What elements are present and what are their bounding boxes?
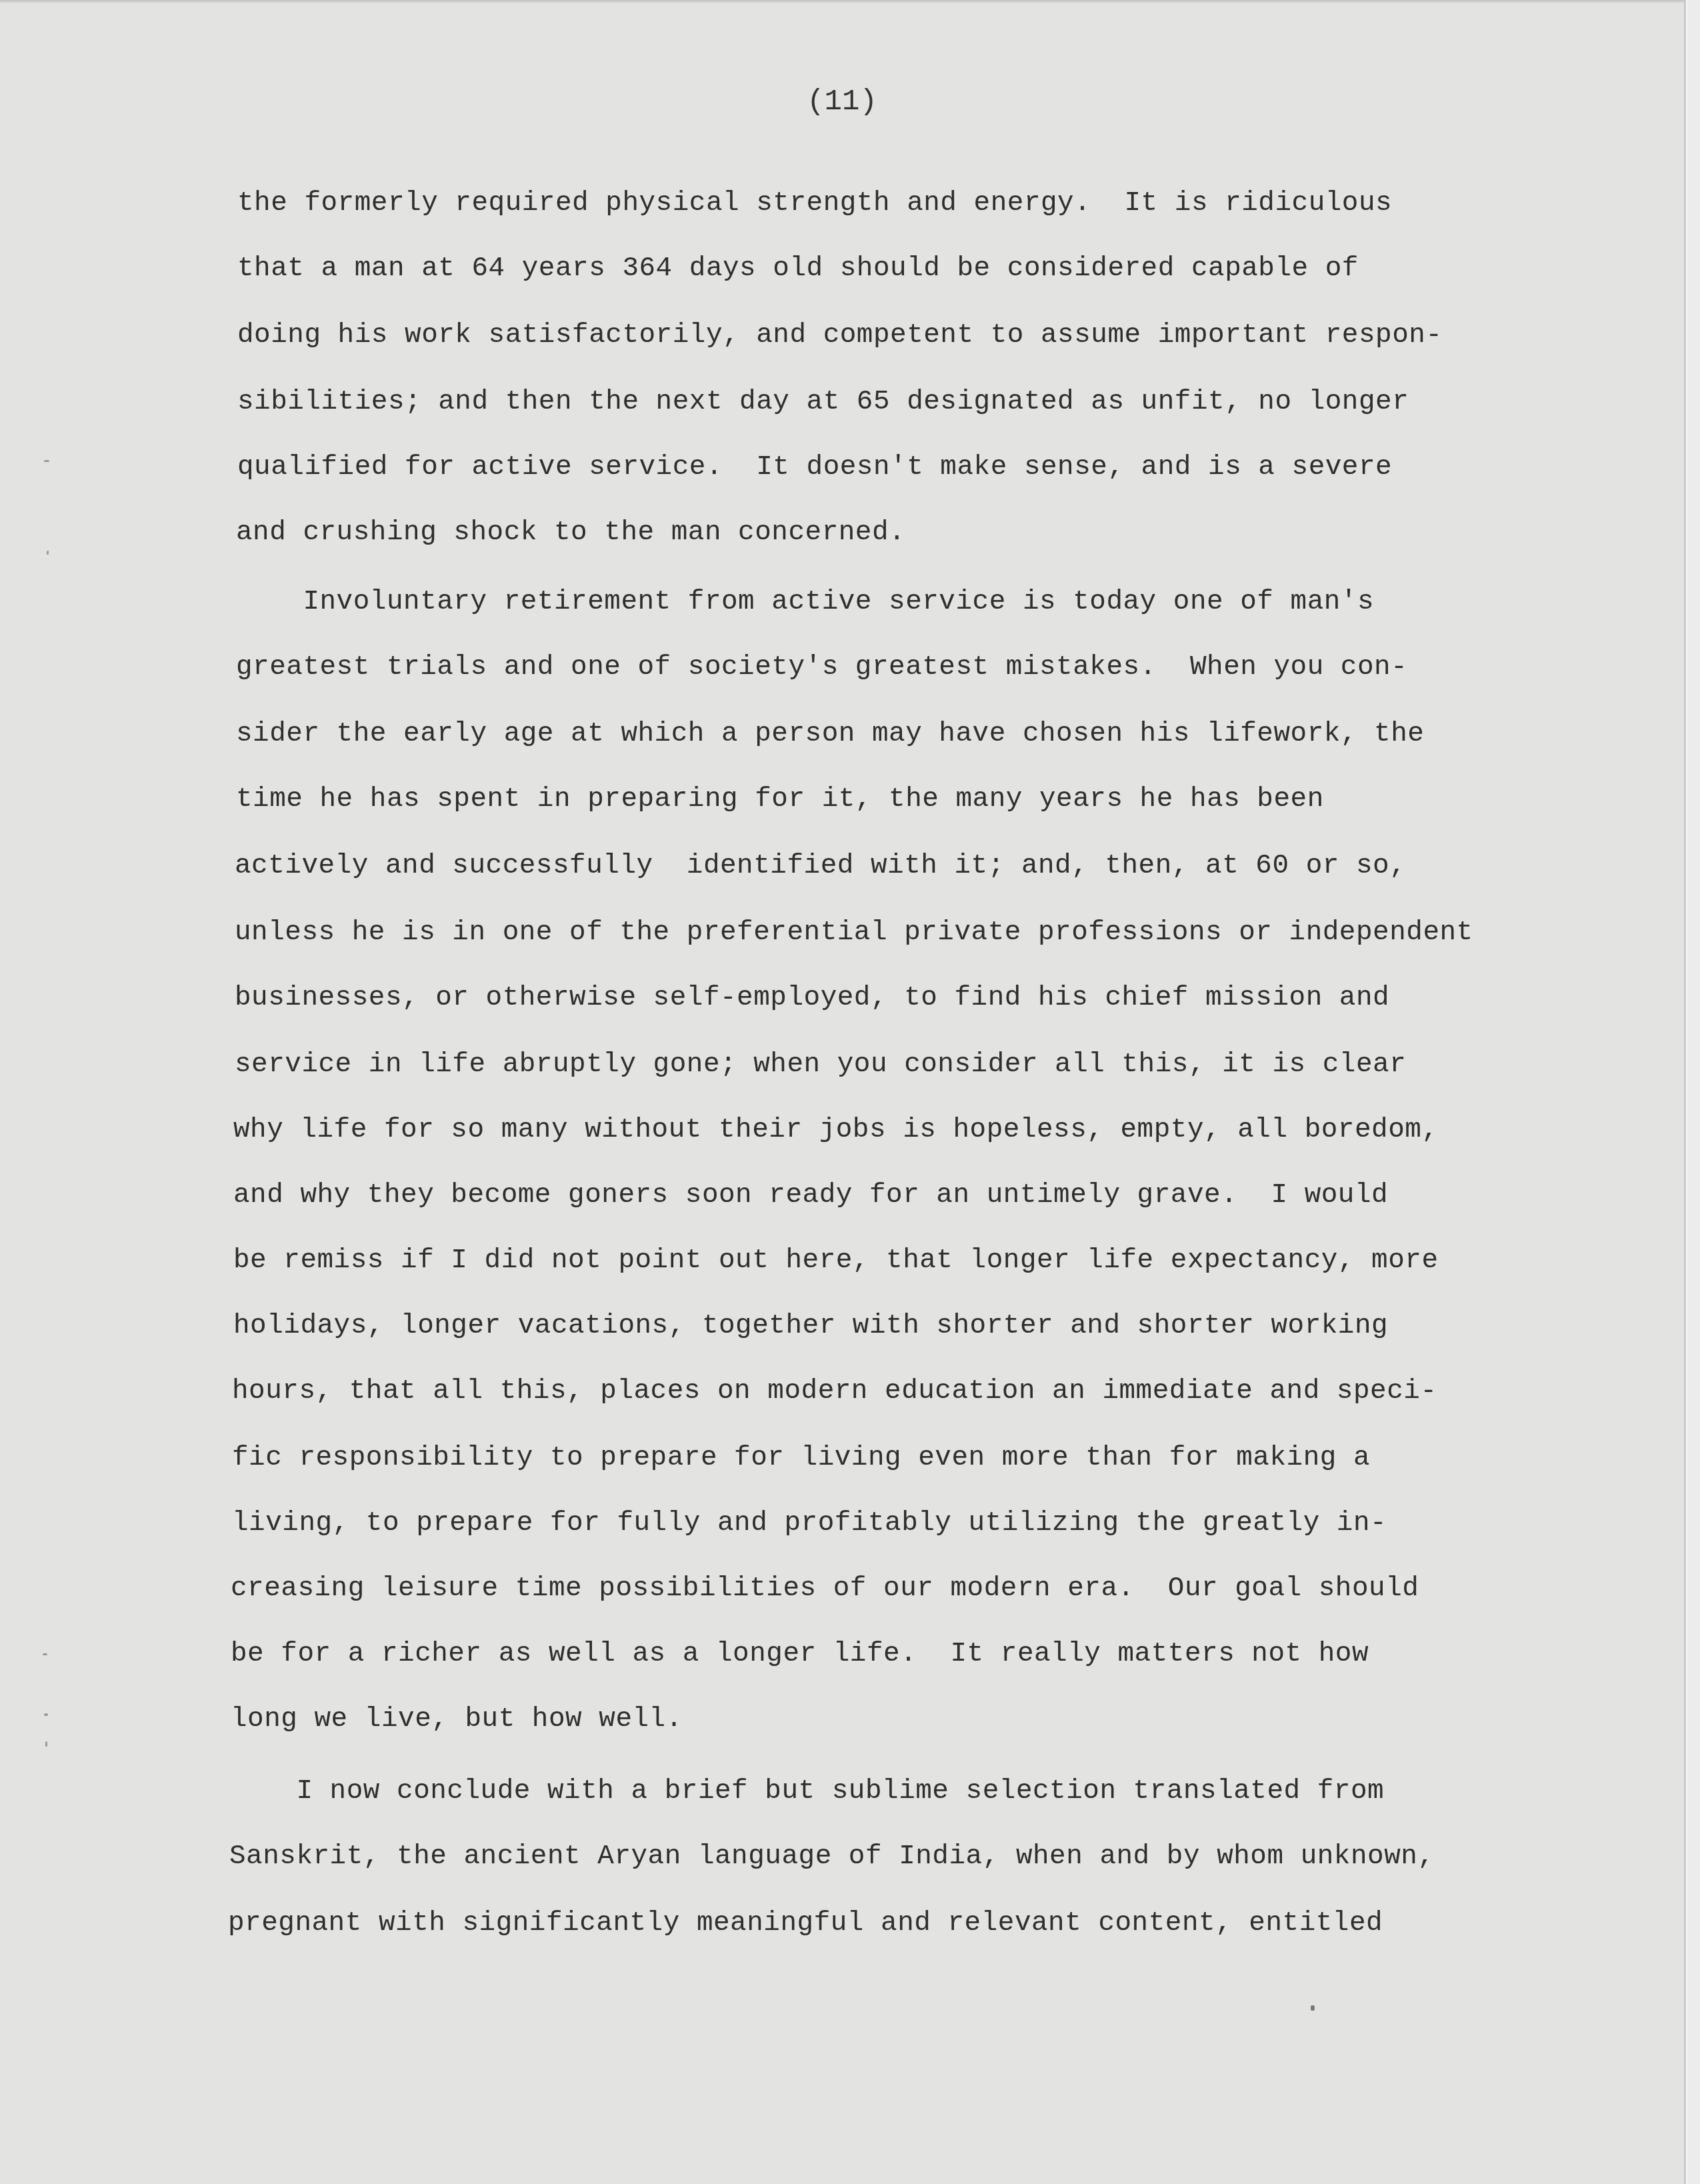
text-line: be remiss if I did not point out here, t… — [233, 1245, 1439, 1276]
scan-speck — [44, 1713, 48, 1716]
text-line: actively and successfully identified wit… — [235, 851, 1406, 881]
text-line: unless he is in one of the preferential … — [235, 917, 1473, 948]
document-page: (11) the formerly required physical stre… — [0, 0, 1686, 2184]
scanner-edge-strip — [1686, 0, 1700, 2184]
text-line: sider the early age at which a person ma… — [236, 719, 1424, 749]
page-number: (11) — [0, 85, 1684, 119]
text-line: be for a richer as well as a longer life… — [231, 1639, 1369, 1669]
text-line: living, to prepare for fully and profita… — [232, 1508, 1387, 1539]
text-line: service in life abruptly gone; when you … — [235, 1049, 1406, 1080]
text-line: holidays, longer vacations, together wit… — [233, 1311, 1388, 1341]
text-line: fic responsibility to prepare for living… — [232, 1443, 1370, 1473]
text-line: greatest trials and one of society's gre… — [236, 652, 1407, 683]
text-line: long we live, but how well. — [231, 1704, 683, 1735]
text-line: that a man at 64 years 364 days old shou… — [237, 253, 1359, 284]
text-line: pregnant with significantly meaningful a… — [228, 1908, 1383, 1939]
text-line: sibilities; and then the next day at 65 … — [237, 387, 1409, 417]
text-line: the formerly required physical strength … — [237, 188, 1392, 219]
text-line: and crushing shock to the man concerned. — [236, 517, 905, 548]
text-line: doing his work satisfactorily, and compe… — [237, 320, 1443, 351]
text-line: qualified for active service. It doesn't… — [237, 452, 1392, 483]
text-line: hours, that all this, places on modern e… — [232, 1376, 1437, 1407]
scan-speck — [43, 1653, 47, 1655]
text-line: and why they become goners soon ready fo… — [233, 1180, 1388, 1211]
text-line: I now conclude with a brief but sublime … — [229, 1776, 1384, 1807]
text-line: why life for so many without their jobs … — [233, 1115, 1439, 1145]
scan-speck — [47, 551, 49, 555]
text-line: creasing leisure time possibilities of o… — [231, 1573, 1419, 1604]
text-line: Involuntary retirement from active servi… — [236, 587, 1374, 617]
scan-speck — [44, 460, 49, 462]
scan-speck — [45, 1741, 47, 1747]
text-line: Sanskrit, the ancient Aryan language of … — [229, 1841, 1435, 1872]
text-line: businesses, or otherwise self-employed, … — [235, 983, 1389, 1013]
scan-speck — [1311, 2005, 1315, 2011]
text-line: time he has spent in preparing for it, t… — [236, 784, 1324, 815]
